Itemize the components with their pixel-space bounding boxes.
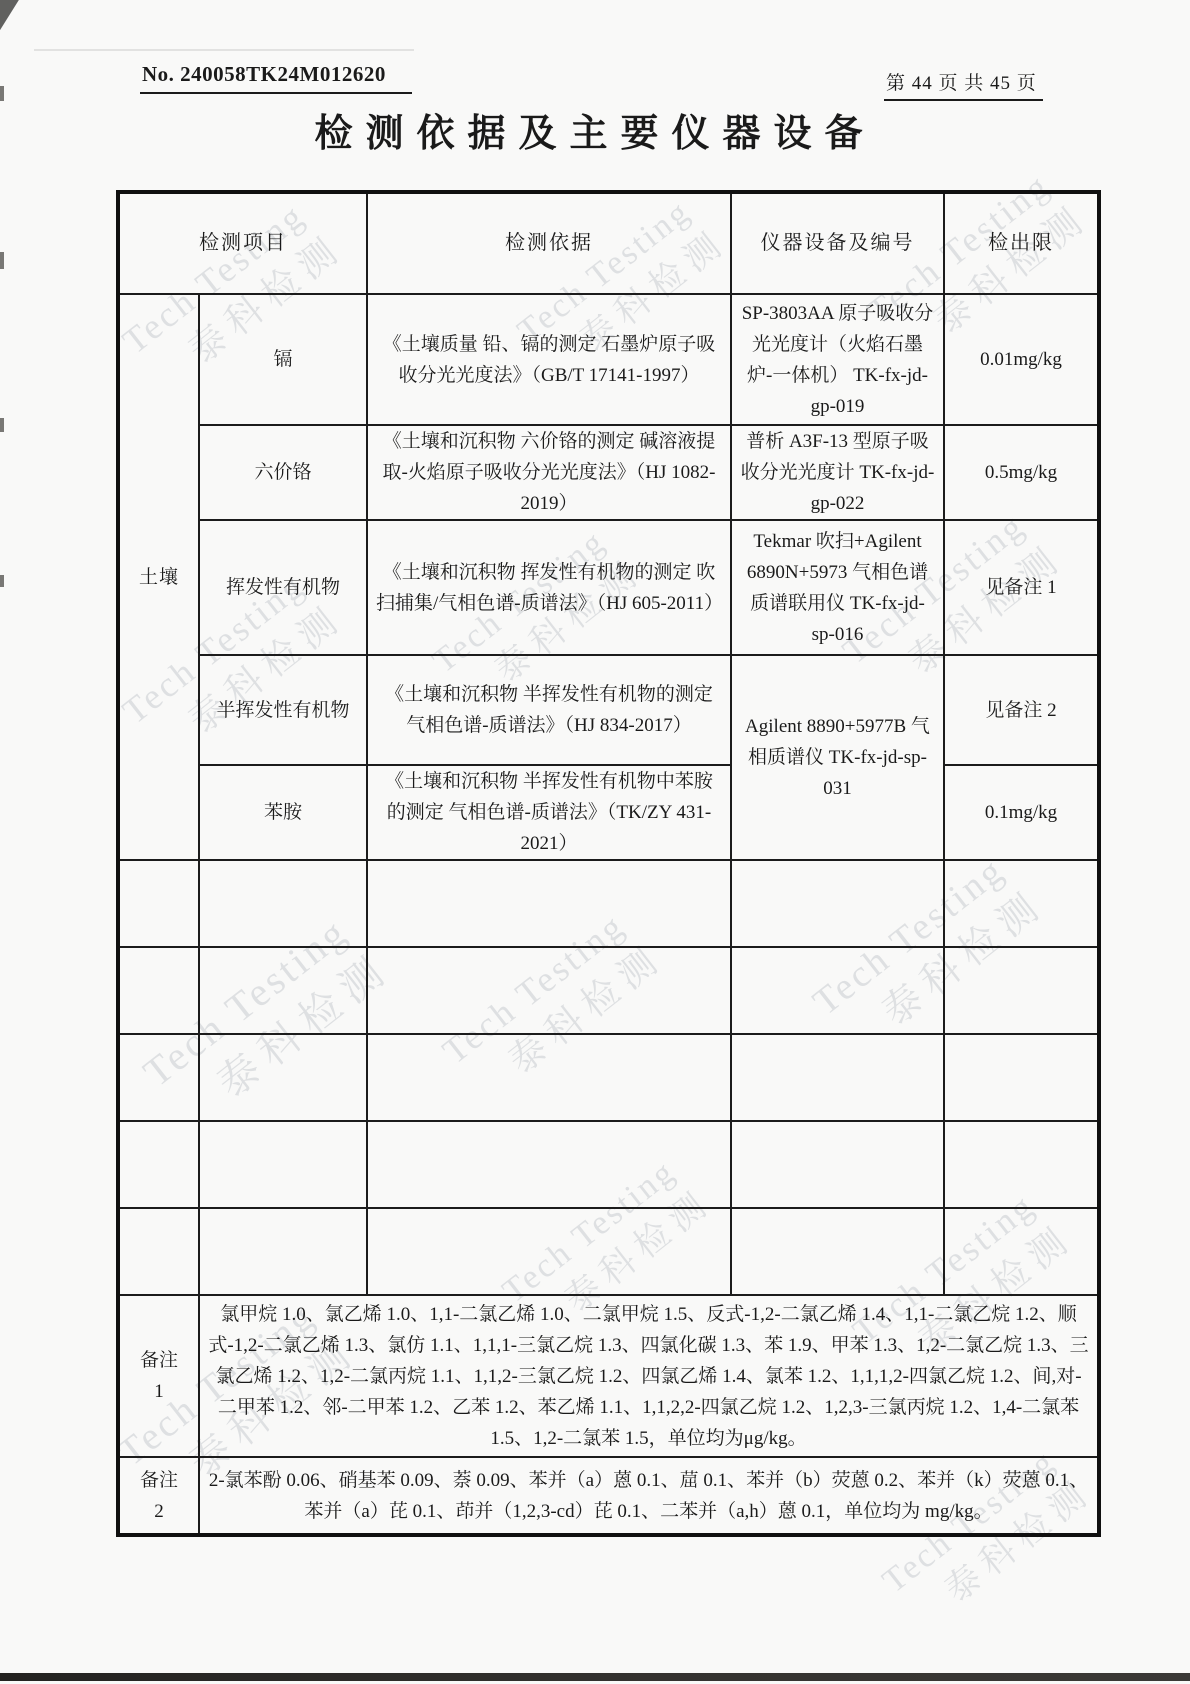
note-label: 备注 2 — [118, 1457, 199, 1535]
table-row: 苯胺 《土壤和沉积物 半挥发性有机物中苯胺的测定 气相色谱-质谱法》（TK/ZY… — [118, 765, 1099, 860]
table-header-row: 检测项目 检测依据 仪器设备及编号 检出限 — [118, 192, 1099, 294]
instrument-cell: 普析 A3F-13 型原子吸收分光光度计 TK-fx-jd-gp-022 — [731, 425, 944, 520]
limit-cell: 0.01mg/kg — [944, 294, 1099, 425]
basis-cell: 《土壤和沉积物 半挥发性有机物的测定 气相色谱-质谱法》（HJ 834-2017… — [367, 655, 731, 765]
empty-row — [118, 947, 1099, 1034]
table-row: 挥发性有机物 《土壤和沉积物 挥发性有机物的测定 吹扫捕集/气相色谱-质谱法》（… — [118, 520, 1099, 655]
basis-cell: 《土壤和沉积物 半挥发性有机物中苯胺的测定 气相色谱-质谱法》（TK/ZY 43… — [367, 765, 731, 860]
scan-edge-mark — [0, 86, 4, 101]
empty-row — [118, 1121, 1099, 1208]
item-cell: 挥发性有机物 — [199, 520, 367, 655]
scan-edge-mark — [0, 575, 4, 587]
note-row: 备注 2 2-氯苯酚 0.06、硝基苯 0.09、萘 0.09、苯并（a）蒽 0… — [118, 1457, 1099, 1535]
note-label: 备注 1 — [118, 1295, 199, 1457]
empty-row — [118, 1208, 1099, 1295]
item-cell: 半挥发性有机物 — [199, 655, 367, 765]
scan-streak — [34, 49, 414, 51]
note-text: 氯甲烷 1.0、氯乙烯 1.0、1,1-二氯乙烯 1.0、二氯甲烷 1.5、反式… — [199, 1295, 1099, 1457]
column-header-basis: 检测依据 — [367, 192, 731, 294]
instrument-cell-merged: Agilent 8890+5977B 气相质谱仪 TK-fx-jd-sp-031 — [731, 655, 944, 860]
instrument-cell: SP-3803AA 原子吸收分光光度计（火焰石墨炉-一体机） TK-fx-jd-… — [731, 294, 944, 425]
limit-cell: 0.1mg/kg — [944, 765, 1099, 860]
note-text: 2-氯苯酚 0.06、硝基苯 0.09、萘 0.09、苯并（a）蒽 0.1、䓛 … — [199, 1457, 1099, 1535]
column-header-instrument: 仪器设备及编号 — [731, 192, 944, 294]
item-cell: 六价铬 — [199, 425, 367, 520]
limit-cell: 0.5mg/kg — [944, 425, 1099, 520]
main-table: 检测项目 检测依据 仪器设备及编号 检出限 土壤 镉 《土壤质量 铅、镉的测定 … — [116, 190, 1101, 1537]
item-cell: 苯胺 — [199, 765, 367, 860]
column-header-item: 检测项目 — [118, 192, 367, 294]
instrument-cell: Tekmar 吹扫+Agilent 6890N+5973 气相色谱质谱联用仪 T… — [731, 520, 944, 655]
limit-cell: 见备注 2 — [944, 655, 1099, 765]
report-number: No. 240058TK24M012620 — [140, 62, 412, 94]
column-header-limit: 检出限 — [944, 192, 1099, 294]
table-row: 半挥发性有机物 《土壤和沉积物 半挥发性有机物的测定 气相色谱-质谱法》（HJ … — [118, 655, 1099, 765]
basis-cell: 《土壤和沉积物 挥发性有机物的测定 吹扫捕集/气相色谱-质谱法》（HJ 605-… — [367, 520, 731, 655]
scan-edge-mark — [0, 252, 4, 269]
empty-row — [118, 860, 1099, 947]
item-cell: 镉 — [199, 294, 367, 425]
category-cell: 土壤 — [118, 294, 199, 860]
basis-cell: 《土壤和沉积物 六价铬的测定 碱溶液提取-火焰原子吸收分光光度法》（HJ 108… — [367, 425, 731, 520]
page-title: 检测依据及主要仪器设备 — [0, 102, 1190, 157]
table-row: 六价铬 《土壤和沉积物 六价铬的测定 碱溶液提取-火焰原子吸收分光光度法》（HJ… — [118, 425, 1099, 520]
table-row: 土壤 镉 《土壤质量 铅、镉的测定 石墨炉原子吸收分光光度法》（GB/T 171… — [118, 294, 1099, 425]
empty-row — [118, 1034, 1099, 1121]
limit-cell: 见备注 1 — [944, 520, 1099, 655]
scanned-report-page: { "page_header": { "report_no": "No. 240… — [0, 0, 1190, 1684]
scan-edge-mark — [0, 418, 4, 432]
scan-corner-mark — [0, 0, 20, 31]
note-row: 备注 1 氯甲烷 1.0、氯乙烯 1.0、1,1-二氯乙烯 1.0、二氯甲烷 1… — [118, 1295, 1099, 1457]
scan-bottom-bar — [0, 1673, 1190, 1681]
basis-cell: 《土壤质量 铅、镉的测定 石墨炉原子吸收分光光度法》（GB/T 17141-19… — [367, 294, 731, 425]
page-number: 第 44 页 共 45 页 — [884, 68, 1043, 101]
